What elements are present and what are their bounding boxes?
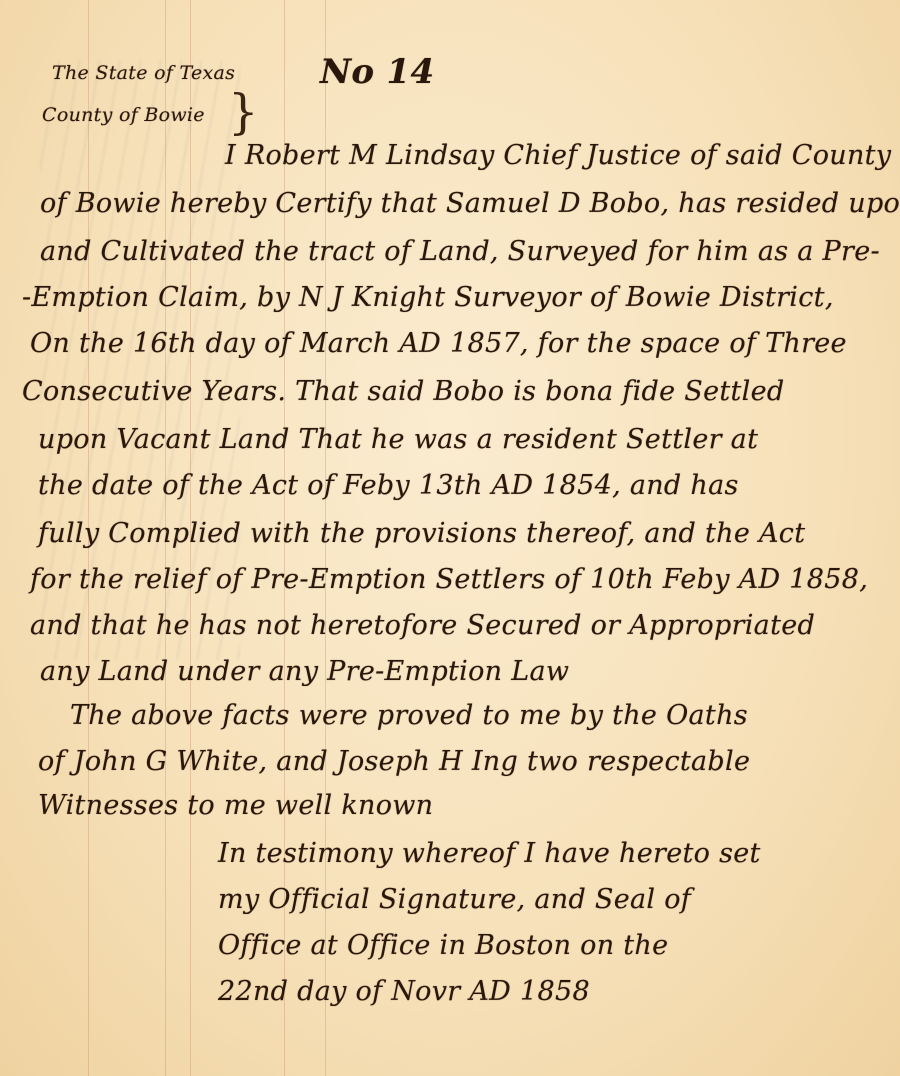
brace-glyph: } xyxy=(228,84,259,140)
testimony-line: 22nd day of Novr AD 1858 xyxy=(218,976,590,1007)
body-line: Witnesses to me well known xyxy=(38,790,433,821)
body-line: I Robert M Lindsay Chief Justice of said… xyxy=(225,140,891,171)
body-line: of Bowie hereby Certify that Samuel D Bo… xyxy=(40,188,900,219)
header-county: County of Bowie xyxy=(42,104,205,126)
document-page: The State of Texas County of Bowie } No … xyxy=(0,0,900,1076)
body-line: the date of the Act of Feby 13th AD 1854… xyxy=(38,470,739,501)
body-line: On the 16th day of March AD 1857, for th… xyxy=(30,328,847,359)
body-line: Consecutive Years. That said Bobo is bon… xyxy=(22,376,784,407)
body-line: any Land under any Pre-Emption Law xyxy=(40,656,569,687)
body-line: -Emption Claim, by N J Knight Surveyor o… xyxy=(22,282,834,313)
testimony-line: In testimony whereof I have hereto set xyxy=(218,838,761,869)
body-line: for the relief of Pre-Emption Settlers o… xyxy=(30,564,868,595)
testimony-line: Office at Office in Boston on the xyxy=(218,930,668,961)
testimony-line: my Official Signature, and Seal of xyxy=(218,884,691,915)
body-line: fully Complied with the provisions there… xyxy=(38,518,805,549)
body-line: of John G White, and Joseph H Ing two re… xyxy=(38,746,750,777)
body-line: and Cultivated the tract of Land, Survey… xyxy=(40,236,880,267)
body-line: and that he has not heretofore Secured o… xyxy=(30,610,815,641)
body-line: The above facts were proved to me by the… xyxy=(70,700,748,731)
body-line: upon Vacant Land That he was a resident … xyxy=(38,424,758,455)
header-state: The State of Texas xyxy=(52,62,235,84)
document-number: No 14 xyxy=(320,52,434,92)
